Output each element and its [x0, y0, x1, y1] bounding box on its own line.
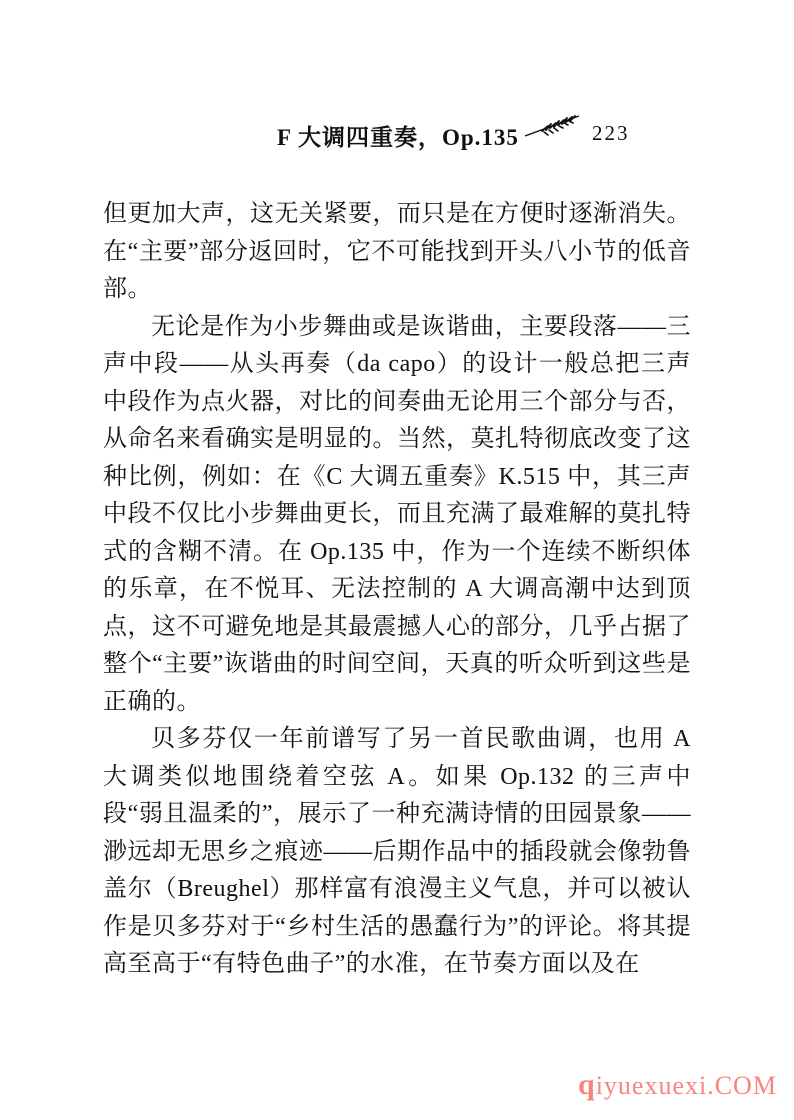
body-paragraph-3: 贝多芬仅一年前谱写了另一首民歌曲调，也用 A 大调类似地围绕着空弦 A。如果 O…	[103, 721, 691, 984]
watermark-tld: .COM	[707, 1071, 777, 1100]
running-header-title: F 大调四重奏，Op.135	[277, 119, 519, 152]
watermark-site-name: qiyuexuexi.COM	[578, 1068, 777, 1102]
book-page: F 大调四重奏，Op.135 223 但更加大声，这无关紧要，而只是在方便时逐渐…	[0, 0, 794, 1120]
watermark-initial: q	[578, 1068, 596, 1101]
watermark-body: iyuexuexi	[596, 1071, 708, 1100]
body-paragraph-2: 无论是作为小步舞曲或是诙谐曲，主要段落——三声中段——从头再奏（da capo）…	[103, 309, 691, 722]
quill-sprig-icon	[524, 112, 582, 140]
body-text-block: 但更加大声，这无关紧要，而只是在方便时逐渐消失。在“主要”部分返回时，它不可能找…	[103, 196, 691, 984]
page-number: 223	[592, 121, 630, 146]
body-paragraph-1: 但更加大声，这无关紧要，而只是在方便时逐渐消失。在“主要”部分返回时，它不可能找…	[103, 196, 691, 309]
